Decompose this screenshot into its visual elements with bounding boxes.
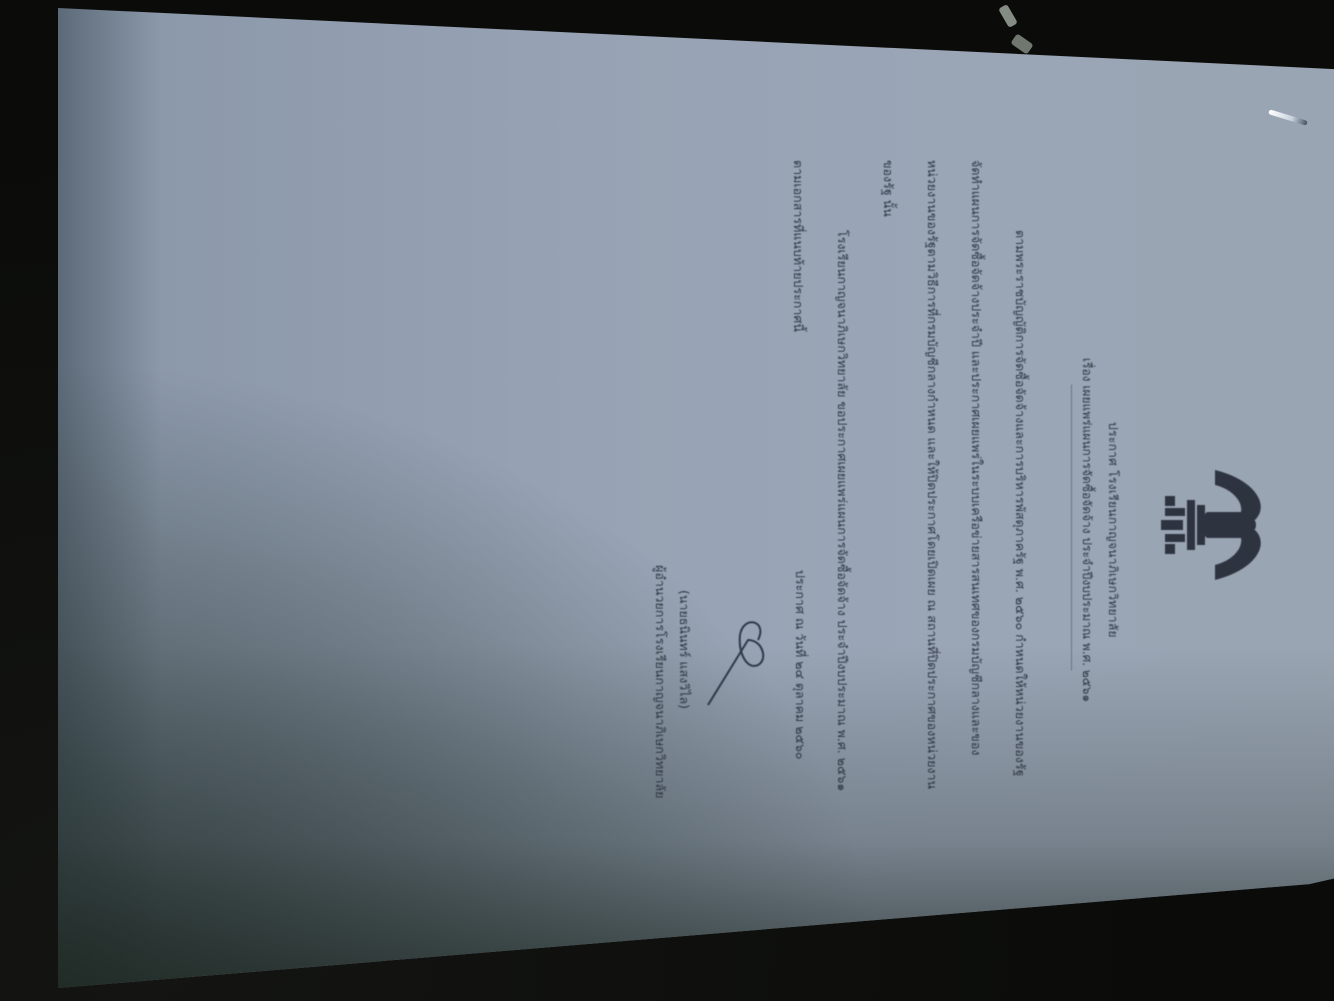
garuda-emblem-icon — [1155, 460, 1275, 590]
body-paragraph-1: ตามพระราชบัญญัติการจัดซื้อจัดจ้างและการบ… — [866, 160, 1042, 900]
body-paragraph-2: โรงเรียนกาญจนาภิเษกวิทยาลัย ขอประกาศเผยแ… — [776, 160, 864, 900]
paragraph-line: ตามพระราชบัญญัติการจัดซื้อจัดจ้างและการบ… — [998, 160, 1042, 900]
paragraph-line: ตามเอกสารที่แนบท้ายประกาศนี้ — [776, 160, 820, 900]
signatory-position: ผู้อำนวยการโรงเรียนกาญจนาภิเษกวิทยาลัย — [650, 565, 670, 798]
announcement-document: ประกาศ โรงเรียนกาญจนาภิเษกวิทยาลัย เรื่อ… — [60, 160, 1170, 900]
document-subject: เรื่อง เผยแพร่แผนการจัดซื้อจัดจ้าง ประจำ… — [1077, 160, 1096, 900]
title-divider — [1071, 385, 1072, 670]
paragraph-line: ของรัฐ นั้น — [866, 160, 910, 900]
paragraph-line: หน่วยงานของรัฐตามวิธีการที่กรมบัญชีกลางก… — [910, 160, 954, 900]
announcement-date: ประกาศ ณ วันที่ ๒๔ ตุลาคม ๒๕๖๐ — [790, 570, 810, 760]
document-title: ประกาศ โรงเรียนกาญจนาภิเษกวิทยาลัย — [1103, 160, 1122, 900]
handwritten-signature — [698, 610, 778, 730]
signatory-name: (นายธนินทร์ แสงวิไล) — [674, 590, 694, 709]
paragraph-line: โรงเรียนกาญจนาภิเษกวิทยาลัย ขอประกาศเผยแ… — [820, 160, 864, 900]
paragraph-line: จัดทำแผนการจัดซื้อจัดจ้างประจำปี และประก… — [954, 160, 998, 900]
